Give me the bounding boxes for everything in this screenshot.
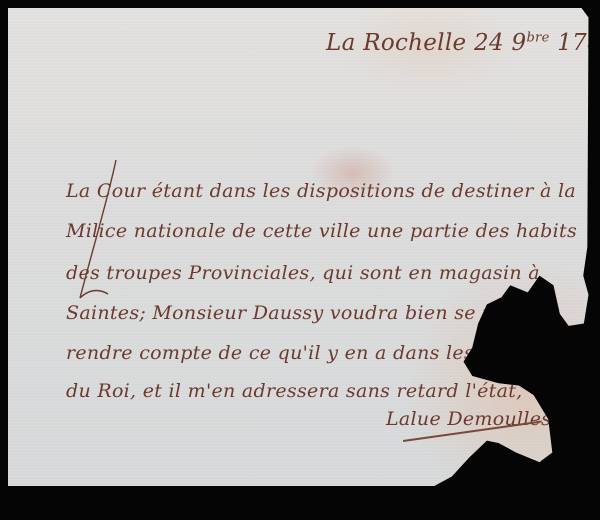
body-line-4: Saintes; Monsieur Daussy voudra bien se …	[66, 302, 528, 324]
dateline-place: La Rochelle	[326, 30, 466, 56]
body-line-2: Milice nationale de cette ville une part…	[66, 220, 577, 242]
dateline: La Rochelle 24 9bre 1789	[326, 30, 600, 56]
letter-paper: La Rochelle 24 9bre 1789 La Cour étant d…	[8, 8, 592, 486]
body-line-5: rendre compte de ce qu'il y en a dans le…	[66, 342, 499, 364]
dateline-month-superscript: bre	[526, 30, 549, 45]
dateline-year: 1789	[557, 30, 600, 56]
body-line-3: des troupes Provinciales, qui sont en ma…	[66, 262, 540, 284]
body-line-1: La Cour étant dans les dispositions de d…	[66, 180, 576, 202]
dateline-date: 24 9	[474, 30, 526, 56]
signature: Lalue Demoulles	[386, 408, 551, 430]
body-line-6: du Roi, et il m'en adressera sans retard…	[66, 380, 522, 402]
